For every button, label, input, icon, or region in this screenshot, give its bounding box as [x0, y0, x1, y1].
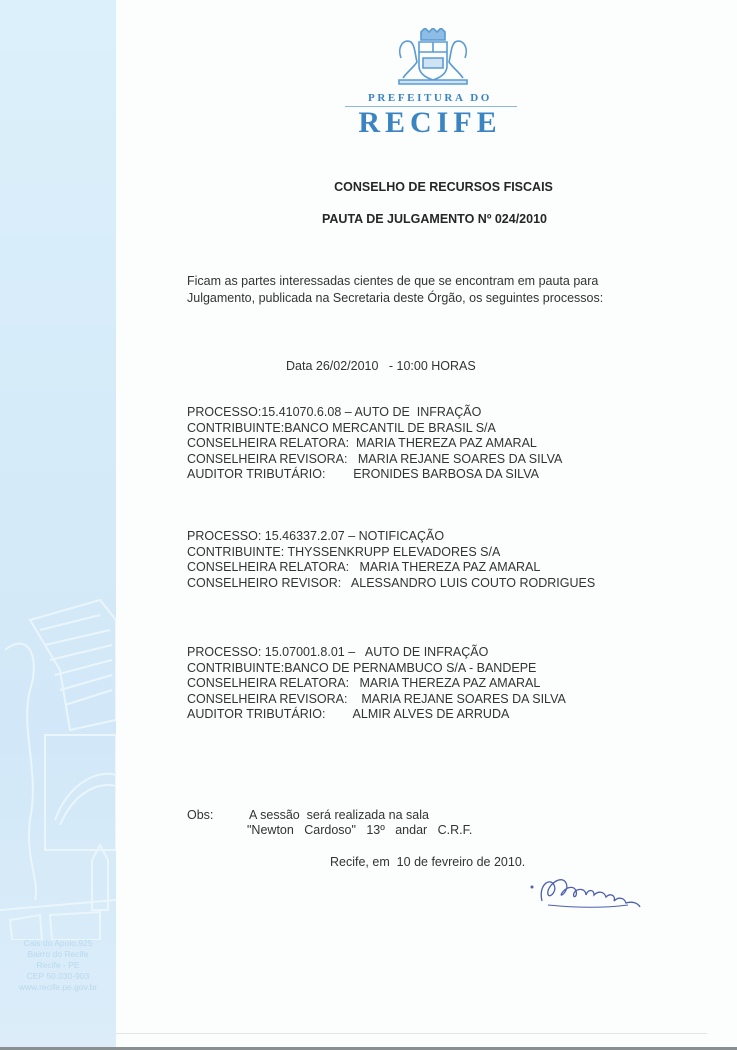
- address-block: Cais do Apolo,925 Bairro do Recife Recif…: [0, 938, 116, 993]
- intro-paragraph: Ficam as partes interessadas cientes de …: [187, 273, 603, 307]
- document-title: PAUTA DE JULGAMENTO Nº 024/2010: [66, 212, 737, 226]
- rapporteur-line: CONSELHEIRA RELATORA: MARIA THEREZA PAZ …: [187, 436, 562, 452]
- letterhead-city: RECIFE: [340, 106, 520, 140]
- rapporteur-line: CONSELHEIRA RELATORA: MARIA THEREZA PAZ …: [187, 676, 566, 692]
- process-block-2: PROCESSO: 15.46337.2.07 – NOTIFICAÇÃO CO…: [187, 529, 595, 591]
- observation-text: A sessão será realizada na sala: [249, 808, 429, 822]
- process-line: PROCESSO: 15.07001.8.01 – AUTO DE INFRAÇ…: [187, 645, 566, 661]
- handwritten-signature-icon: [528, 865, 688, 915]
- reviewer-line: CONSELHEIRA REVISORA: MARIA REJANE SOARE…: [187, 692, 566, 708]
- auditor-line: AUDITOR TRIBUTÁRIO: ERONIDES BARBOSA DA …: [187, 467, 562, 483]
- process-block-3: PROCESSO: 15.07001.8.01 – AUTO DE INFRAÇ…: [187, 645, 566, 723]
- council-heading: CONSELHO DE RECURSOS FISCAIS: [75, 180, 737, 194]
- address-street: Cais do Apolo,925: [0, 938, 116, 949]
- address-zip: CEP 50.030-903: [0, 971, 116, 982]
- observation-label: Obs:: [187, 808, 249, 823]
- intro-line: Julgamento, publicada na Secretaria dest…: [187, 290, 603, 307]
- coat-of-arms-icon: [393, 28, 473, 86]
- address-city: Recife - PE: [0, 960, 116, 971]
- session-date: Data 26/02/2010 - 10:00 HORAS: [286, 359, 476, 373]
- auditor-line: AUDITOR TRIBUTÁRIO: ALMIR ALVES DE ARRUD…: [187, 707, 566, 723]
- letterhead-line1: PREFEITURA DO: [340, 92, 520, 104]
- process-line: PROCESSO: 15.46337.2.07 – NOTIFICAÇÃO: [187, 529, 595, 545]
- reviewer-line: CONSELHEIRA REVISORA: MARIA REJANE SOARE…: [187, 452, 562, 468]
- rapporteur-line: CONSELHEIRA RELATORA: MARIA THEREZA PAZ …: [187, 560, 595, 576]
- page-fold-line: [116, 1033, 707, 1034]
- taxpayer-line: CONTRIBUINTE: THYSSENKRUPP ELEVADORES S/…: [187, 545, 595, 561]
- reviewer-line: CONSELHEIRO REVISOR: ALESSANDRO LUIS COU…: [187, 576, 595, 592]
- taxpayer-line: CONTRIBUINTE:BANCO DE PERNAMBUCO S/A - B…: [187, 661, 566, 677]
- place-date: Recife, em 10 de fevreiro de 2010.: [330, 855, 525, 869]
- observation-room: "Newton Cardoso" 13º andar C.R.F.: [187, 823, 472, 838]
- taxpayer-line: CONTRIBUINTE:BANCO MERCANTIL DE BRASIL S…: [187, 421, 562, 437]
- process-line: PROCESSO:15.41070.6.08 – AUTO DE INFRAÇÃ…: [187, 405, 562, 421]
- lion-tower-watermark-icon: [0, 560, 116, 940]
- address-website: www.recife.pe.gov.br: [0, 982, 116, 993]
- observation-note: Obs:A sessão será realizada na sala "New…: [187, 808, 472, 838]
- intro-line: Ficam as partes interessadas cientes de …: [187, 273, 603, 290]
- letterhead-sidebar: Cais do Apolo,925 Bairro do Recife Recif…: [0, 0, 116, 1050]
- address-district: Bairro do Recife: [0, 949, 116, 960]
- process-block-1: PROCESSO:15.41070.6.08 – AUTO DE INFRAÇÃ…: [187, 405, 562, 483]
